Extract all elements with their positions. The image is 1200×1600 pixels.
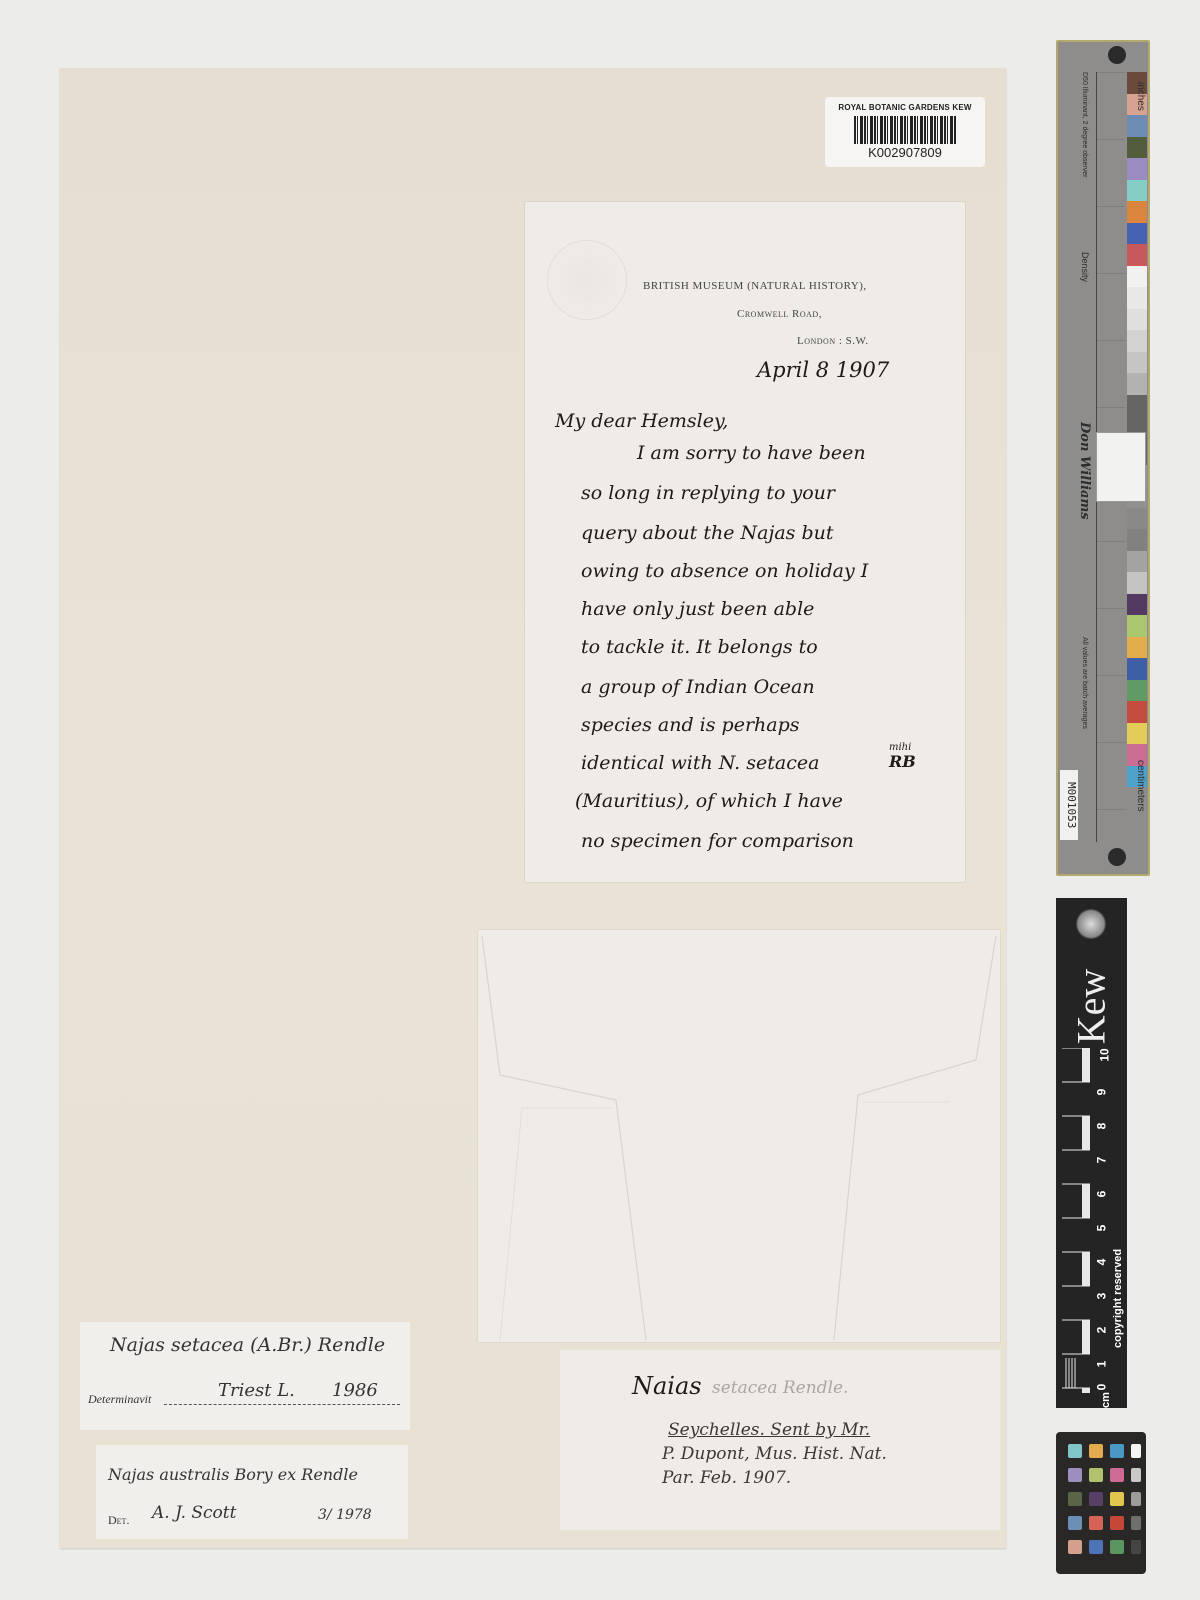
barcode-label: ROYAL BOTANIC GARDENS KEW K002907809	[825, 97, 985, 167]
color-swatch	[1127, 352, 1147, 374]
scale-tick-label: 6	[1094, 1191, 1108, 1198]
checker-patch	[1089, 1540, 1103, 1554]
units-inches: inches	[1135, 82, 1146, 111]
color-swatch	[1127, 373, 1147, 395]
letter-line: species and is perhaps	[581, 714, 800, 736]
ruler-hole-icon	[1108, 46, 1126, 64]
letter-line: a group of Indian Ocean	[581, 676, 815, 698]
letter-date: April 8 1907	[757, 358, 889, 382]
scale-tick-label: 10	[1098, 1048, 1112, 1061]
determination-label-1: Najas setacea (A.Br.) Rendle Determinavi…	[80, 1322, 410, 1430]
checker-gray-patch	[1131, 1468, 1141, 1482]
det-printed-prefix: Determinavit	[88, 1392, 151, 1407]
color-reference-ruler: inches centimeters D50 Illuminant, 2 deg…	[1056, 40, 1150, 876]
letter-line: no specimen for comparison	[581, 830, 854, 852]
letter-line: I am sorry to have been	[637, 442, 866, 464]
embossed-seal-icon	[547, 240, 627, 320]
checker-patch	[1068, 1444, 1082, 1458]
color-swatch	[1127, 615, 1147, 637]
illuminant-note: D50 Illuminant, 2 degree observer	[1081, 72, 1088, 177]
color-swatches	[1127, 72, 1147, 787]
det-date: 3/ 1978	[318, 1507, 372, 1523]
color-swatch	[1127, 637, 1147, 659]
envelope-fold-icon	[478, 930, 1000, 1342]
coll-locality: Seychelles. Sent by Mr.	[668, 1420, 870, 1440]
scale-tick-label: 8	[1094, 1123, 1108, 1130]
kew-crest-icon	[1076, 908, 1106, 940]
det-taxon: Najas australis Bory ex Rendle	[108, 1465, 358, 1484]
institution-name: ROYAL BOTANIC GARDENS KEW	[825, 103, 985, 112]
scale-tick-label: 1	[1094, 1361, 1108, 1368]
checker-patch	[1089, 1516, 1103, 1530]
barcode-number: K002907809	[825, 145, 985, 160]
checker-patch	[1110, 1492, 1124, 1506]
color-swatch	[1127, 223, 1147, 245]
color-swatch	[1127, 701, 1147, 723]
checker-patch	[1110, 1444, 1124, 1458]
checker-patch	[1068, 1516, 1082, 1530]
color-swatch	[1127, 115, 1147, 137]
color-swatch	[1127, 244, 1147, 266]
chart-id: M001053	[1060, 770, 1078, 840]
letter-line: to tackle it. It belongs to	[581, 636, 818, 658]
det-taxon: Najas setacea (A.Br.) Rendle	[110, 1334, 385, 1356]
letter-line: have only just been able	[581, 598, 814, 620]
checker-patch	[1110, 1468, 1124, 1482]
det-determiner: A. J. Scott	[152, 1503, 236, 1523]
determination-label-2: Najas australis Bory ex Rendle Det. A. J…	[96, 1445, 408, 1539]
barcode-icon	[854, 116, 956, 144]
letter-line: (Mauritius), of which I have	[575, 790, 843, 812]
fragment-packet[interactable]	[478, 930, 1000, 1342]
batch-note: All values are batch averages	[1081, 637, 1088, 729]
letterhead-institution: BRITISH MUSEUM (NATURAL HISTORY),	[643, 280, 1083, 292]
det-determiner: Triest L.	[218, 1380, 295, 1401]
scale-tick-label: 0	[1094, 1384, 1108, 1391]
letter-salutation: My dear Hemsley,	[555, 410, 728, 432]
scale-tick-label: 7	[1094, 1157, 1108, 1164]
color-swatch	[1127, 137, 1147, 159]
letter: BRITISH MUSEUM (NATURAL HISTORY), Cromwe…	[525, 202, 965, 882]
color-swatch	[1127, 309, 1147, 331]
color-swatch	[1127, 551, 1147, 573]
letter-line: so long in replying to your	[581, 482, 835, 504]
checker-gray-patch	[1131, 1492, 1141, 1506]
checker-gray-patch	[1131, 1540, 1141, 1554]
copyright-notice: copyright reserved	[1112, 1249, 1124, 1348]
checker-patch	[1068, 1492, 1082, 1506]
density-label: Density	[1080, 252, 1090, 282]
letter-line: identical with N. setacea	[581, 752, 819, 774]
color-swatch	[1127, 723, 1147, 745]
scale-tick-label: 4	[1094, 1259, 1108, 1266]
color-swatch	[1127, 330, 1147, 352]
scale-bar-ticks	[1062, 1048, 1092, 1393]
checker-patch	[1068, 1468, 1082, 1482]
letter-line: owing to absence on holiday I	[581, 560, 868, 582]
kew-logo: Kew	[1068, 962, 1115, 1052]
det-printed-prefix: Det.	[108, 1513, 129, 1528]
color-checker	[1056, 1432, 1146, 1574]
kew-scale-bar: Kew 10 9 8 7 6 5 4 3 2 1 0 cm copyright …	[1056, 898, 1127, 1408]
det-dotted-line	[164, 1404, 400, 1405]
color-swatch	[1127, 201, 1147, 223]
color-swatch	[1127, 158, 1147, 180]
checker-gray-patch	[1131, 1444, 1141, 1458]
color-swatch	[1127, 572, 1147, 594]
color-swatch	[1127, 594, 1147, 616]
coll-collector: P. Dupont, Mus. Hist. Nat.	[662, 1444, 887, 1464]
color-swatch	[1127, 287, 1147, 309]
color-swatch	[1127, 680, 1147, 702]
checker-gray-patch	[1131, 1516, 1141, 1530]
scale-tick-label: 2	[1094, 1327, 1108, 1334]
collection-label: Naias setacea Rendle. Seychelles. Sent b…	[560, 1350, 1000, 1530]
ruler-hole-icon	[1108, 848, 1126, 866]
coll-epithet: setacea Rendle.	[712, 1378, 848, 1398]
gray-target-card	[1096, 432, 1146, 502]
checker-patch	[1089, 1444, 1103, 1458]
scale-tick-label: 9	[1094, 1089, 1108, 1096]
color-swatch	[1127, 658, 1147, 680]
checker-patch	[1089, 1468, 1103, 1482]
checker-patch	[1068, 1540, 1082, 1554]
annotation-initials: RB	[889, 752, 916, 771]
checker-patch	[1110, 1540, 1124, 1554]
units-centimeters: centimeters	[1135, 760, 1146, 812]
det-year: 1986	[332, 1380, 378, 1401]
scale-unit: cm	[1100, 1392, 1112, 1408]
color-swatch	[1127, 508, 1147, 530]
coll-genus: Naias	[632, 1372, 702, 1400]
color-swatch	[1127, 180, 1147, 202]
checker-patch	[1089, 1492, 1103, 1506]
color-swatch	[1127, 529, 1147, 551]
scale-tick-label: 5	[1094, 1225, 1108, 1232]
brand-name: Don Williams	[1077, 422, 1092, 520]
letter-line: query about the Najas but	[581, 522, 834, 544]
color-swatch	[1127, 266, 1147, 288]
scale-tick-label: 3	[1094, 1293, 1108, 1300]
checker-patch	[1110, 1516, 1124, 1530]
coll-date: Par. Feb. 1907.	[662, 1468, 791, 1488]
